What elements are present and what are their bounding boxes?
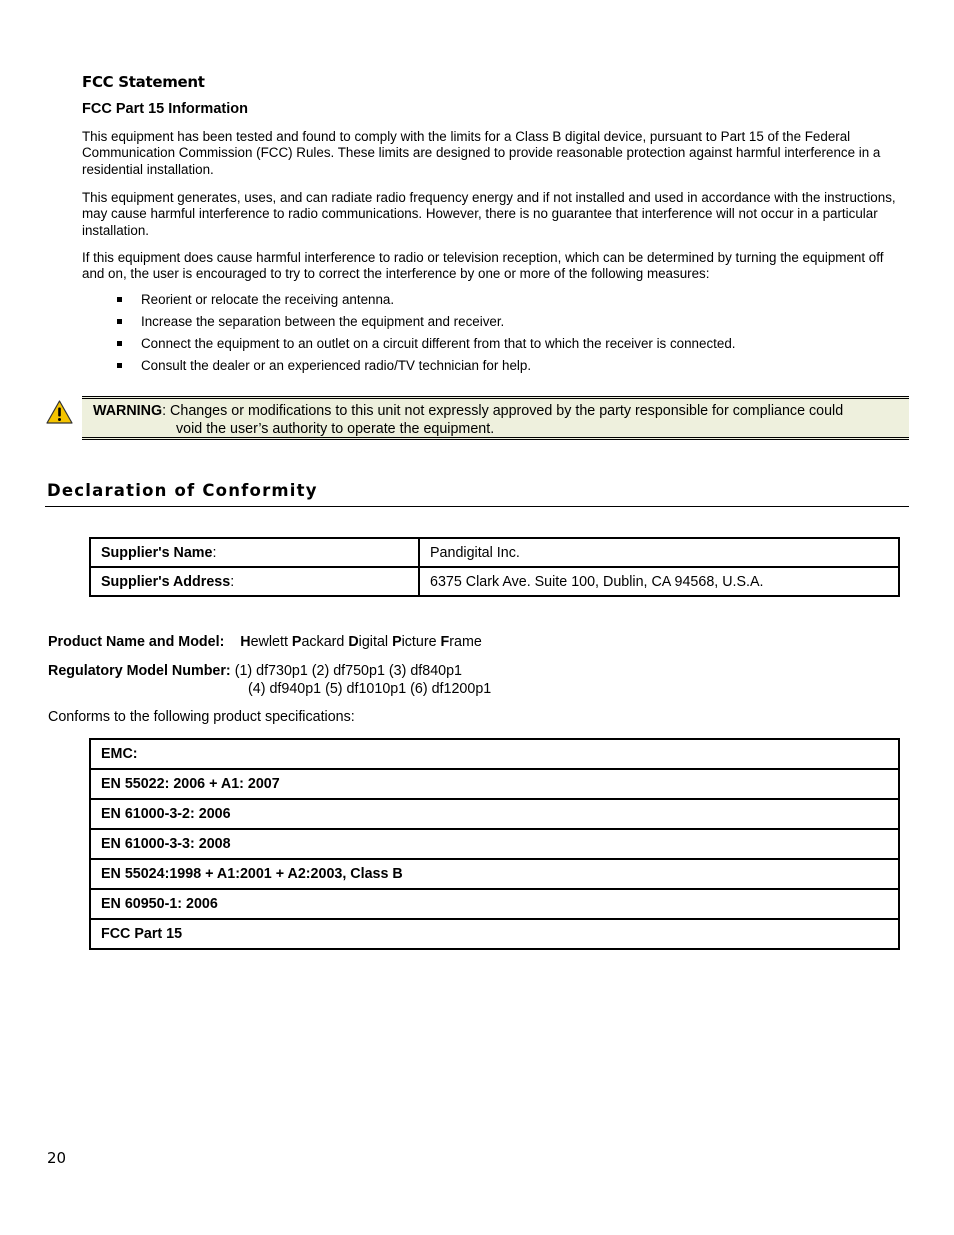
warning-label: WARNING (93, 403, 162, 419)
bullet-square-icon (117, 363, 122, 368)
regulatory-line-2: (4) df940p1 (5) df1010p1 (6) df1200p1 (48, 680, 491, 698)
list-item: Consult the dealer or an experienced rad… (82, 358, 882, 380)
product-name: Hewlett Packard Digital Picture Frame (240, 634, 482, 650)
table-row: Supplier's Name: Pandigital Inc. (90, 538, 899, 567)
spec-cell: EMC: (90, 739, 899, 769)
measure-text: Consult the dealer or an experienced rad… (141, 358, 531, 373)
bullet-square-icon (117, 297, 122, 302)
specifications-table: EMC: EN 55022: 2006 + A1: 2007 EN 61000-… (89, 738, 900, 950)
product-label: Product Name and Model: (48, 634, 224, 650)
fcc-part15-subheading: FCC Part 15 Information (82, 101, 248, 117)
list-item: Increase the separation between the equi… (82, 314, 882, 336)
spec-cell: EN 55024:1998 + A1:2001 + A2:2003, Class… (90, 859, 899, 889)
supplier-table: Supplier's Name: Pandigital Inc. Supplie… (89, 537, 900, 597)
bullet-square-icon (117, 341, 122, 346)
warning-text: WARNING: Changes or modifications to thi… (93, 402, 903, 438)
supplier-address-label: Supplier's Address: (90, 567, 419, 596)
declaration-title: Declaration of Conformity (47, 481, 318, 500)
conforms-text: Conforms to the following product specif… (48, 709, 355, 725)
table-row: Supplier's Address: 6375 Clark Ave. Suit… (90, 567, 899, 596)
measure-text: Reorient or relocate the receiving anten… (141, 292, 394, 307)
product-name-line: Product Name and Model: Hewlett Packard … (48, 634, 482, 650)
fcc-statement-heading: FCC Statement (82, 73, 205, 91)
bullet-square-icon (117, 319, 122, 324)
table-row: EN 60950-1: 2006 (90, 889, 899, 919)
warning-box: WARNING: Changes or modifications to thi… (82, 396, 909, 440)
regulatory-label: Regulatory Model Number: (48, 663, 231, 679)
spec-cell: EN 60950-1: 2006 (90, 889, 899, 919)
fcc-paragraph-3: If this equipment does cause harmful int… (82, 250, 907, 283)
supplier-address-value: 6375 Clark Ave. Suite 100, Dublin, CA 94… (419, 567, 899, 596)
spec-cell: EN 55022: 2006 + A1: 2007 (90, 769, 899, 799)
spec-cell: FCC Part 15 (90, 919, 899, 949)
title-divider (45, 506, 909, 507)
spec-cell: EN 61000-3-2: 2006 (90, 799, 899, 829)
list-item: Connect the equipment to an outlet on a … (82, 336, 882, 358)
table-row: EN 55024:1998 + A1:2001 + A2:2003, Class… (90, 859, 899, 889)
regulatory-line-1: (1) df730p1 (2) df750p1 (3) df840p1 (235, 663, 462, 679)
table-row: EN 55022: 2006 + A1: 2007 (90, 769, 899, 799)
regulatory-model-number: Regulatory Model Number: (1) df730p1 (2)… (48, 662, 491, 698)
table-row: FCC Part 15 (90, 919, 899, 949)
fcc-paragraph-1: This equipment has been tested and found… (82, 129, 907, 178)
spec-cell: EN 61000-3-3: 2008 (90, 829, 899, 859)
table-row: EN 61000-3-2: 2006 (90, 799, 899, 829)
interference-measures-list: Reorient or relocate the receiving anten… (82, 292, 882, 380)
page-number: 20 (47, 1149, 66, 1167)
list-item: Reorient or relocate the receiving anten… (82, 292, 882, 314)
table-row: EMC: (90, 739, 899, 769)
warning-line-1: : Changes or modifications to this unit … (162, 403, 843, 419)
table-row: EN 61000-3-3: 2008 (90, 829, 899, 859)
supplier-name-label: Supplier's Name: (90, 538, 419, 567)
warning-triangle-icon (46, 400, 73, 424)
measure-text: Increase the separation between the equi… (141, 314, 504, 329)
fcc-paragraph-2: This equipment generates, uses, and can … (82, 190, 907, 239)
measure-text: Connect the equipment to an outlet on a … (141, 336, 735, 351)
supplier-name-value: Pandigital Inc. (419, 538, 899, 567)
warning-line-2: void the user’s authority to operate the… (93, 420, 903, 438)
